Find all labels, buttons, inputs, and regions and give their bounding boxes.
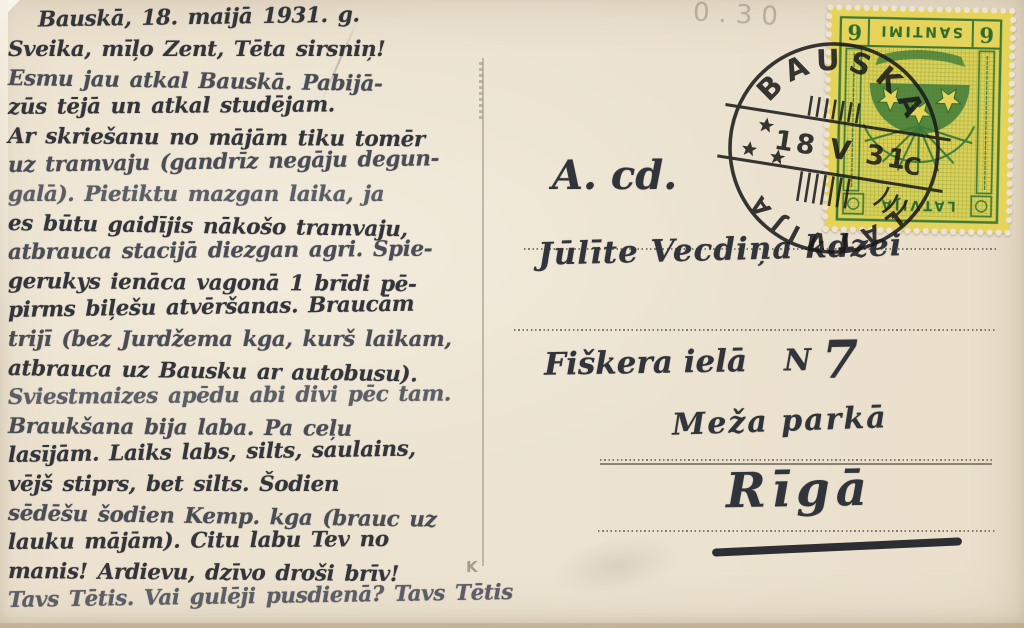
letter-lines: Bauskā, 18. maijā 1931. g.Sveika, mīļo Z…	[8, 6, 482, 615]
postmark-town-label: BAUSKA	[747, 36, 943, 133]
printer-k-mark: K	[466, 558, 478, 576]
address-dotted-line-3	[600, 459, 992, 461]
street-name: Fiškera ielā	[544, 343, 748, 383]
address-city: Rīgā	[726, 461, 874, 520]
letter-line: lasījām. Laiks labs, silts, saulains,	[8, 434, 482, 470]
card-edge-bottom	[0, 623, 1024, 628]
divider-line	[482, 58, 484, 566]
postmark-index-letter: C	[901, 151, 923, 181]
postcard-scan: Bauskā, 18. maijā 1931. g.Sveika, mīļo Z…	[0, 0, 1024, 628]
pencil-smudge	[548, 527, 686, 604]
stamp-denomination-left: 6	[979, 22, 994, 47]
street-number: 7	[821, 329, 858, 391]
letter-line: pirms biļešu atvēršanas. Braucām	[8, 289, 482, 325]
card-edge-left	[0, 0, 8, 360]
letter-line: galā). Pietiktu mazgan laika, ja	[8, 180, 482, 209]
postmark-cancel: BAUSKA LATVIJA 18 V 31 C	[704, 36, 966, 298]
letter-line: zūs tējā un atkal studējam.	[8, 89, 482, 122]
street-number-sign: N	[783, 343, 811, 378]
city-underline-stroke	[712, 537, 962, 556]
letter-line: Bauskā, 18. maijā 1931. g.	[8, 0, 482, 35]
letter-line: lauku mājām). Citu labu Tev no	[8, 524, 482, 557]
letter-line: trijī (bez Jurdžema kga, kurš laikam,	[8, 325, 482, 354]
pencil-price-note: 0.30	[692, 0, 787, 32]
address-salutation: A. cd.	[552, 152, 677, 199]
address-district: Meža parkā	[671, 400, 888, 443]
letter-line: Sveika, mīļo Zent, Tēta sirsniņ!	[8, 35, 482, 64]
letter-line: uz tramvaju (gandrīz negāju degun-	[8, 144, 482, 180]
letter-line: Sviestmaizes apēdu abi divi pēc tam.	[8, 379, 482, 412]
address-street: Fiškera ielā N 7	[543, 329, 858, 395]
letter-line: atbrauca stacijā diezgan agri. Spie-	[8, 234, 482, 267]
letter-line: Tavs Tētis. Vai gulēji pusdienā? Tavs Tē…	[8, 579, 482, 615]
letter-line: vējš stiprs, bet silts. Šodien	[8, 470, 482, 499]
svg-text:BAUSKA: BAUSKA	[747, 36, 943, 133]
